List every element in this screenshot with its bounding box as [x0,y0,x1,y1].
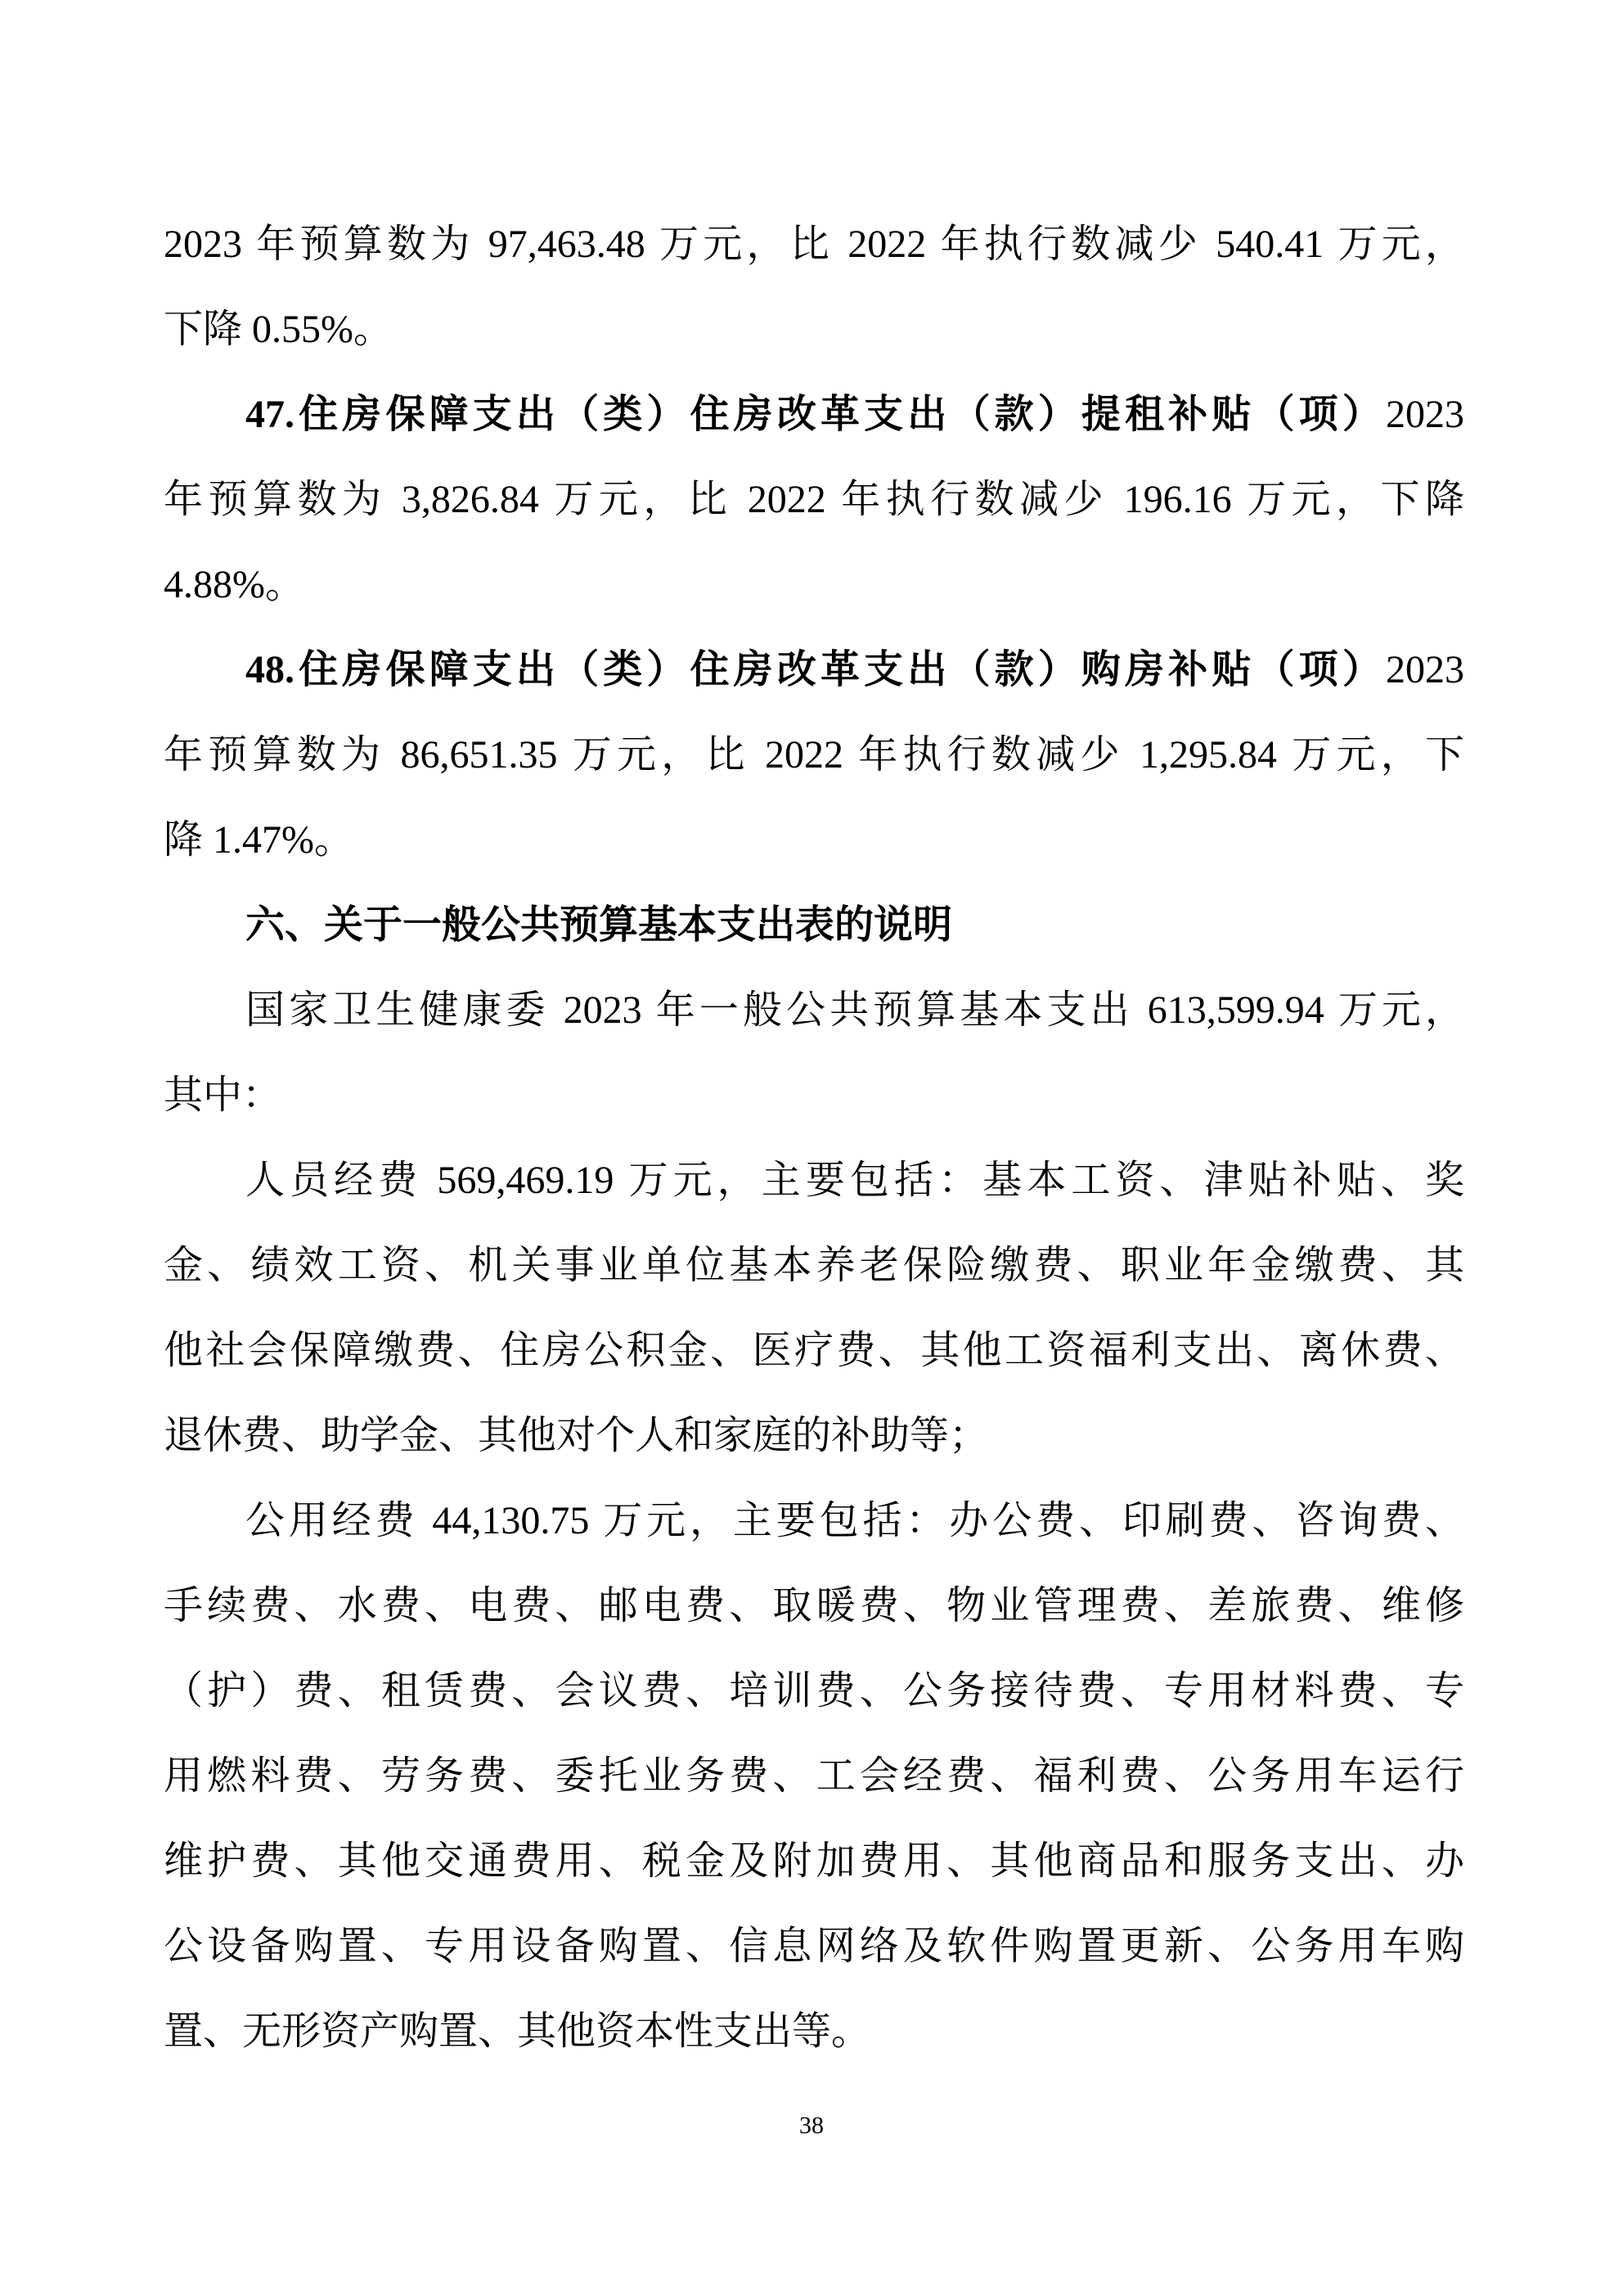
section-6-heading: 六、关于一般公共预算基本支出表的说明 [164,883,1464,968]
public-funds-line-2: 手续费、水费、电费、邮电费、取暖费、物业管理费、差旅费、维修 [164,1564,1464,1649]
public-funds-line-6: 公设备购置、专用设备购置、信息网络及软件购置更新、公务用车购 [164,1904,1464,1989]
item-48-heading-line: 48.住房保障支出（类）住房改革支出（款）购房补贴（项）2023 [164,628,1464,713]
item-48-body-line-2: 降 1.47%。 [164,798,1464,883]
document-page: 2023 年预算数为 97,463.48 万元，比 2022 年执行数减少 54… [0,0,1623,2296]
document-body: 2023 年预算数为 97,463.48 万元，比 2022 年执行数减少 54… [164,202,1464,2074]
personnel-funds-line-1: 人员经费 569,469.19 万元，主要包括：基本工资、津贴补贴、奖 [164,1138,1464,1223]
item-47-body-line-1: 年预算数为 3,826.84 万元，比 2022 年执行数减少 196.16 万… [164,457,1464,542]
item-48-body-line-1: 年预算数为 86,651.35 万元，比 2022 年执行数减少 1,295.8… [164,713,1464,798]
item-46-continuation-line-2: 下降 0.55%。 [164,287,1464,372]
public-funds-line-1: 公用经费 44,130.75 万元，主要包括：办公费、印刷费、咨询费、 [164,1479,1464,1564]
public-funds-line-3: （护）费、租赁费、会议费、培训费、公务接待费、专用材料费、专 [164,1649,1464,1734]
page-number: 38 [0,2109,1623,2142]
item-48-heading-year: 2023 [1386,648,1464,691]
public-funds-line-4: 用燃料费、劳务费、委托业务费、工会经费、福利费、公务用车运行 [164,1734,1464,1819]
item-47-heading-bold-text: 47.住房保障支出（类）住房改革支出（款）提租补贴（项） [245,393,1386,436]
item-48-heading-bold-text: 48.住房保障支出（类）住房改革支出（款）购房补贴（项） [245,648,1386,691]
basic-expenditure-line-1: 国家卫生健康委 2023 年一般公共预算基本支出 613,599.94 万元， [164,968,1464,1053]
item-47-body-line-2: 4.88%。 [164,542,1464,628]
item-46-continuation-line-1: 2023 年预算数为 97,463.48 万元，比 2022 年执行数减少 54… [164,202,1464,287]
personnel-funds-line-4: 退休费、助学金、其他对个人和家庭的补助等； [164,1393,1464,1479]
basic-expenditure-line-2: 其中： [164,1053,1464,1138]
item-47-heading-year: 2023 [1386,393,1464,436]
item-47-heading-line: 47.住房保障支出（类）住房改革支出（款）提租补贴（项）2023 [164,372,1464,457]
personnel-funds-line-3: 他社会保障缴费、住房公积金、医疗费、其他工资福利支出、离休费、 [164,1308,1464,1393]
public-funds-line-7: 置、无形资产购置、其他资本性支出等。 [164,1989,1464,2074]
public-funds-line-5: 维护费、其他交通费用、税金及附加费用、其他商品和服务支出、办 [164,1819,1464,1904]
personnel-funds-line-2: 金、绩效工资、机关事业单位基本养老保险缴费、职业年金缴费、其 [164,1223,1464,1308]
